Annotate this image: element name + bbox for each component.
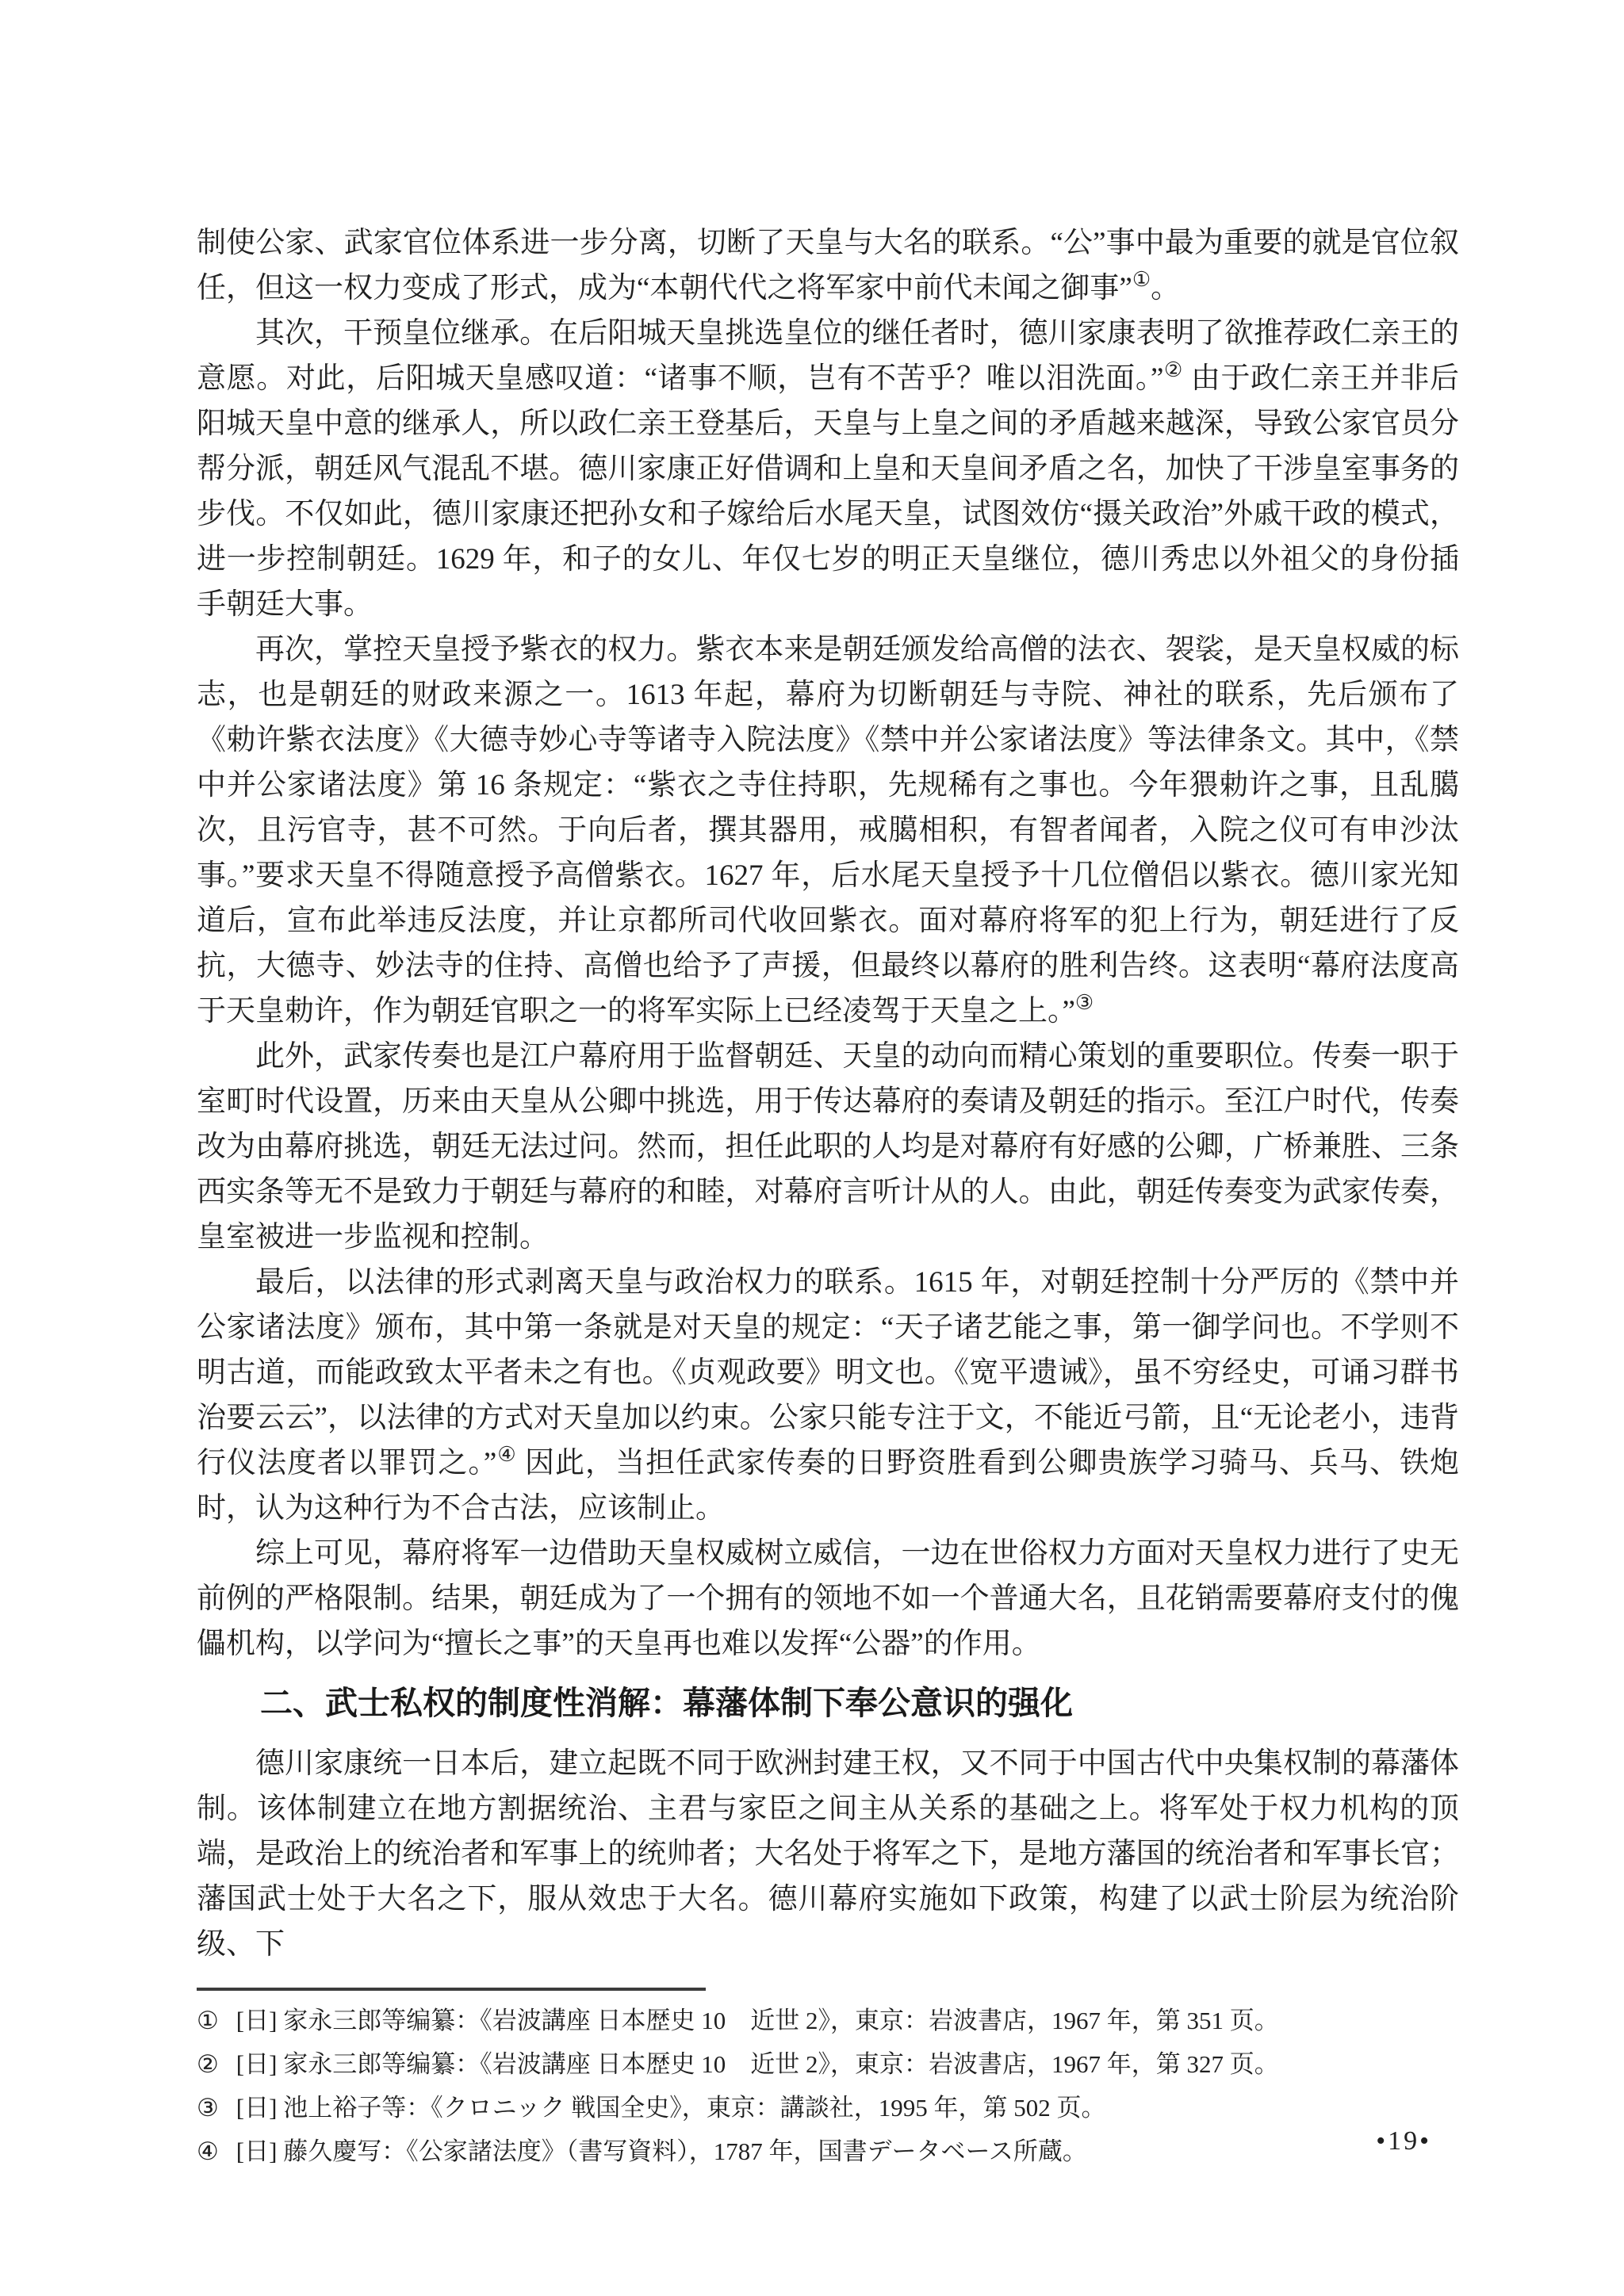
body-text: 制使公家、武家官位体系进一步分离，切断了天皇与大名的联系。“公”事中最为重要的就… bbox=[197, 220, 1459, 2173]
footnote-text: [日] 藤久慶写：《公家諸法度》（書写資料），1787 年，国書データベース所蔵… bbox=[236, 2137, 1087, 2165]
footnotes-block: ①[日] 家永三郎等编纂：《岩波講座 日本歴史 10 近世 2》，東京：岩波書店… bbox=[197, 1988, 1459, 2173]
paragraph: 其次，干预皇位继承。在后阳城天皇挑选皇位的继任者时，德川家康表明了欲推荐政仁亲王… bbox=[197, 311, 1459, 627]
footnote: ②[日] 家永三郎等编纂：《岩波講座 日本歴史 10 近世 2》，東京：岩波書店… bbox=[197, 2042, 1459, 2086]
footnote-marker: ① bbox=[197, 1999, 219, 2042]
footnote-text: [日] 家永三郎等编纂：《岩波講座 日本歴史 10 近世 2》，東京：岩波書店，… bbox=[236, 2007, 1279, 2034]
paragraph: 综上可见，幕府将军一边借助天皇权威树立威信，一边在世俗权力方面对天皇权力进行了史… bbox=[197, 1531, 1459, 1667]
footnote: ③[日] 池上裕子等：《クロニック 戦国全史》，東京：講談社，1995 年，第 … bbox=[197, 2086, 1459, 2130]
section-heading: 二、武士私权的制度性消解：幕藩体制下奉公意识的强化 bbox=[197, 1679, 1459, 1727]
footnote-reference: ① bbox=[1132, 268, 1151, 291]
footnote-reference: ④ bbox=[496, 1443, 516, 1466]
page-number: •19• bbox=[1376, 2126, 1431, 2156]
footnote-text: [日] 家永三郎等编纂：《岩波講座 日本歴史 10 近世 2》，東京：岩波書店，… bbox=[236, 2050, 1279, 2078]
footnote-reference: ② bbox=[1163, 358, 1183, 381]
footnote-marker: ② bbox=[197, 2042, 219, 2086]
footnote-reference: ③ bbox=[1075, 991, 1094, 1014]
paragraph: 此外，武家传奏也是江户幕府用于监督朝廷、天皇的动向而精心策划的重要职位。传奏一职… bbox=[197, 1034, 1459, 1260]
paragraph-continued: 制使公家、武家官位体系进一步分离，切断了天皇与大名的联系。“公”事中最为重要的就… bbox=[197, 220, 1459, 311]
footnote: ④[日] 藤久慶写：《公家諸法度》（書写資料），1787 年，国書データベース所… bbox=[197, 2130, 1459, 2173]
footnote-marker: ③ bbox=[197, 2086, 219, 2130]
paragraph: 再次，掌控天皇授予紫衣的权力。紫衣本来是朝廷颁发给高僧的法衣、袈裟，是天皇权威的… bbox=[197, 627, 1459, 1034]
document-page: 制使公家、武家官位体系进一步分离，切断了天皇与大名的联系。“公”事中最为重要的就… bbox=[0, 0, 1624, 2296]
paragraph: 德川家康统一日本后，建立起既不同于欧洲封建王权，又不同于中国古代中央集权制的幕藩… bbox=[197, 1741, 1459, 1967]
footnote-marker: ④ bbox=[197, 2130, 219, 2173]
footnote-divider bbox=[197, 1988, 706, 1991]
paragraph: 最后，以法律的形式剥离天皇与政治权力的联系。1615 年，对朝廷控制十分严厉的《… bbox=[197, 1260, 1459, 1531]
footnote: ①[日] 家永三郎等编纂：《岩波講座 日本歴史 10 近世 2》，東京：岩波書店… bbox=[197, 1999, 1459, 2042]
footnote-text: [日] 池上裕子等：《クロニック 戦国全史》，東京：講談社，1995 年，第 5… bbox=[236, 2094, 1106, 2122]
